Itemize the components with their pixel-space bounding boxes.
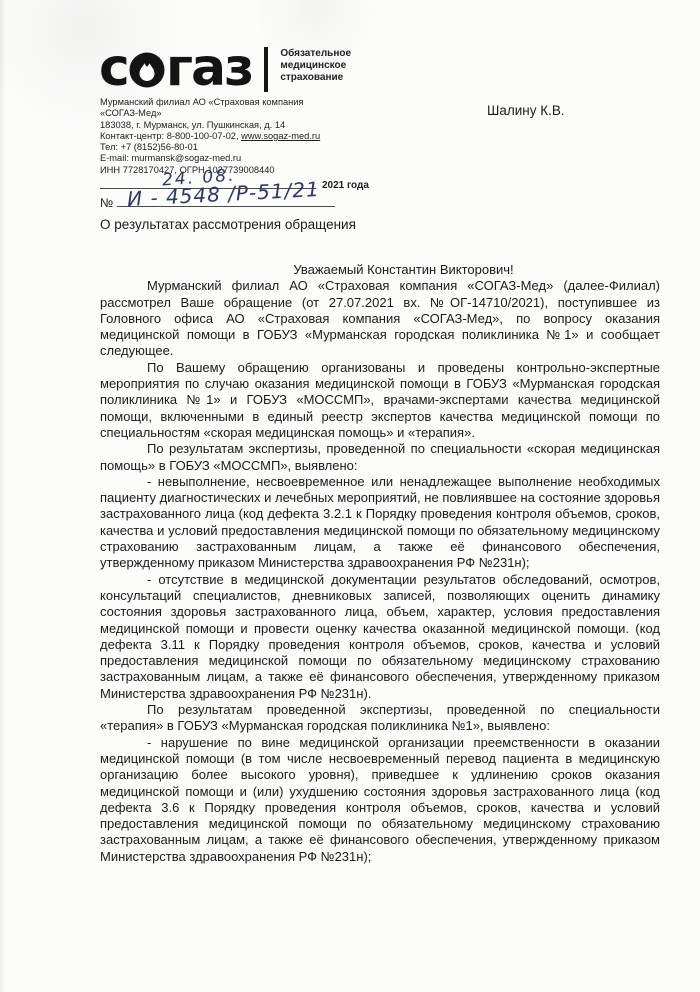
logo-text-right: газ — [166, 44, 252, 92]
sender-email: E-mail: murmansk@sogaz-med.ru — [100, 153, 320, 164]
logo-text-left: с — [99, 44, 128, 92]
sender-block: Мурманский филиал АО «Страховая компания… — [100, 97, 320, 176]
sender-phone: Тел: +7 (8152)56-80-01 — [100, 142, 320, 153]
sender-website: www.sogaz-med.ru — [241, 131, 320, 141]
body-paragraph: - невыполнение, несвоевременное или нена… — [100, 474, 660, 572]
body-paragraph: По результатам экспертизы, проведенной п… — [100, 441, 660, 474]
sender-address: 183038, г. Мурманск, ул. Пушкинская, д. … — [100, 120, 320, 131]
year-label: 2021 года — [322, 180, 369, 191]
sender-company-line2: «СОГАЗ-Мед» — [100, 108, 320, 119]
body-paragraph: - отсутствие в медицинской документации … — [100, 572, 660, 702]
salutation: Уважаемый Константин Викторович! — [100, 262, 660, 278]
letter-body: Уважаемый Константин Викторович! Мурманс… — [100, 262, 660, 865]
sender-contact-prefix: Контакт-центр: 8-800-100-07-02, — [100, 131, 241, 141]
scanned-letter-page: с газ Обязательное медицинское страхован… — [0, 0, 700, 992]
sogaz-logo-wordmark: с газ — [99, 44, 252, 92]
body-paragraph: Мурманский филиал АО «Страховая компания… — [100, 278, 660, 359]
logo-tagline: Обязательное медицинское страхование — [280, 48, 351, 84]
sender-contact-line: Контакт-центр: 8-800-100-07-02, www.soga… — [100, 131, 320, 142]
sogaz-drop-o-icon — [129, 47, 165, 95]
logo-divider-bar — [264, 47, 268, 92]
tagline-line: страхование — [280, 72, 351, 84]
body-paragraph: По Вашему обращению организованы и прове… — [100, 360, 660, 441]
sogaz-logo: с газ Обязательное медицинское страхован… — [99, 44, 351, 92]
recipient-name: Шалину К.В. — [487, 103, 565, 118]
letter-subject: О результатах рассмотрения обращения — [100, 217, 356, 232]
body-paragraph: - нарушение по вине медицинской организа… — [100, 735, 660, 865]
number-sign: № — [100, 196, 113, 210]
body-paragraph: По результатам проведенной экспертизы, п… — [100, 702, 660, 735]
tagline-line: медицинское — [280, 60, 351, 72]
tagline-line: Обязательное — [280, 48, 351, 60]
sender-company-line1: Мурманский филиал АО «Страховая компания — [100, 97, 320, 108]
